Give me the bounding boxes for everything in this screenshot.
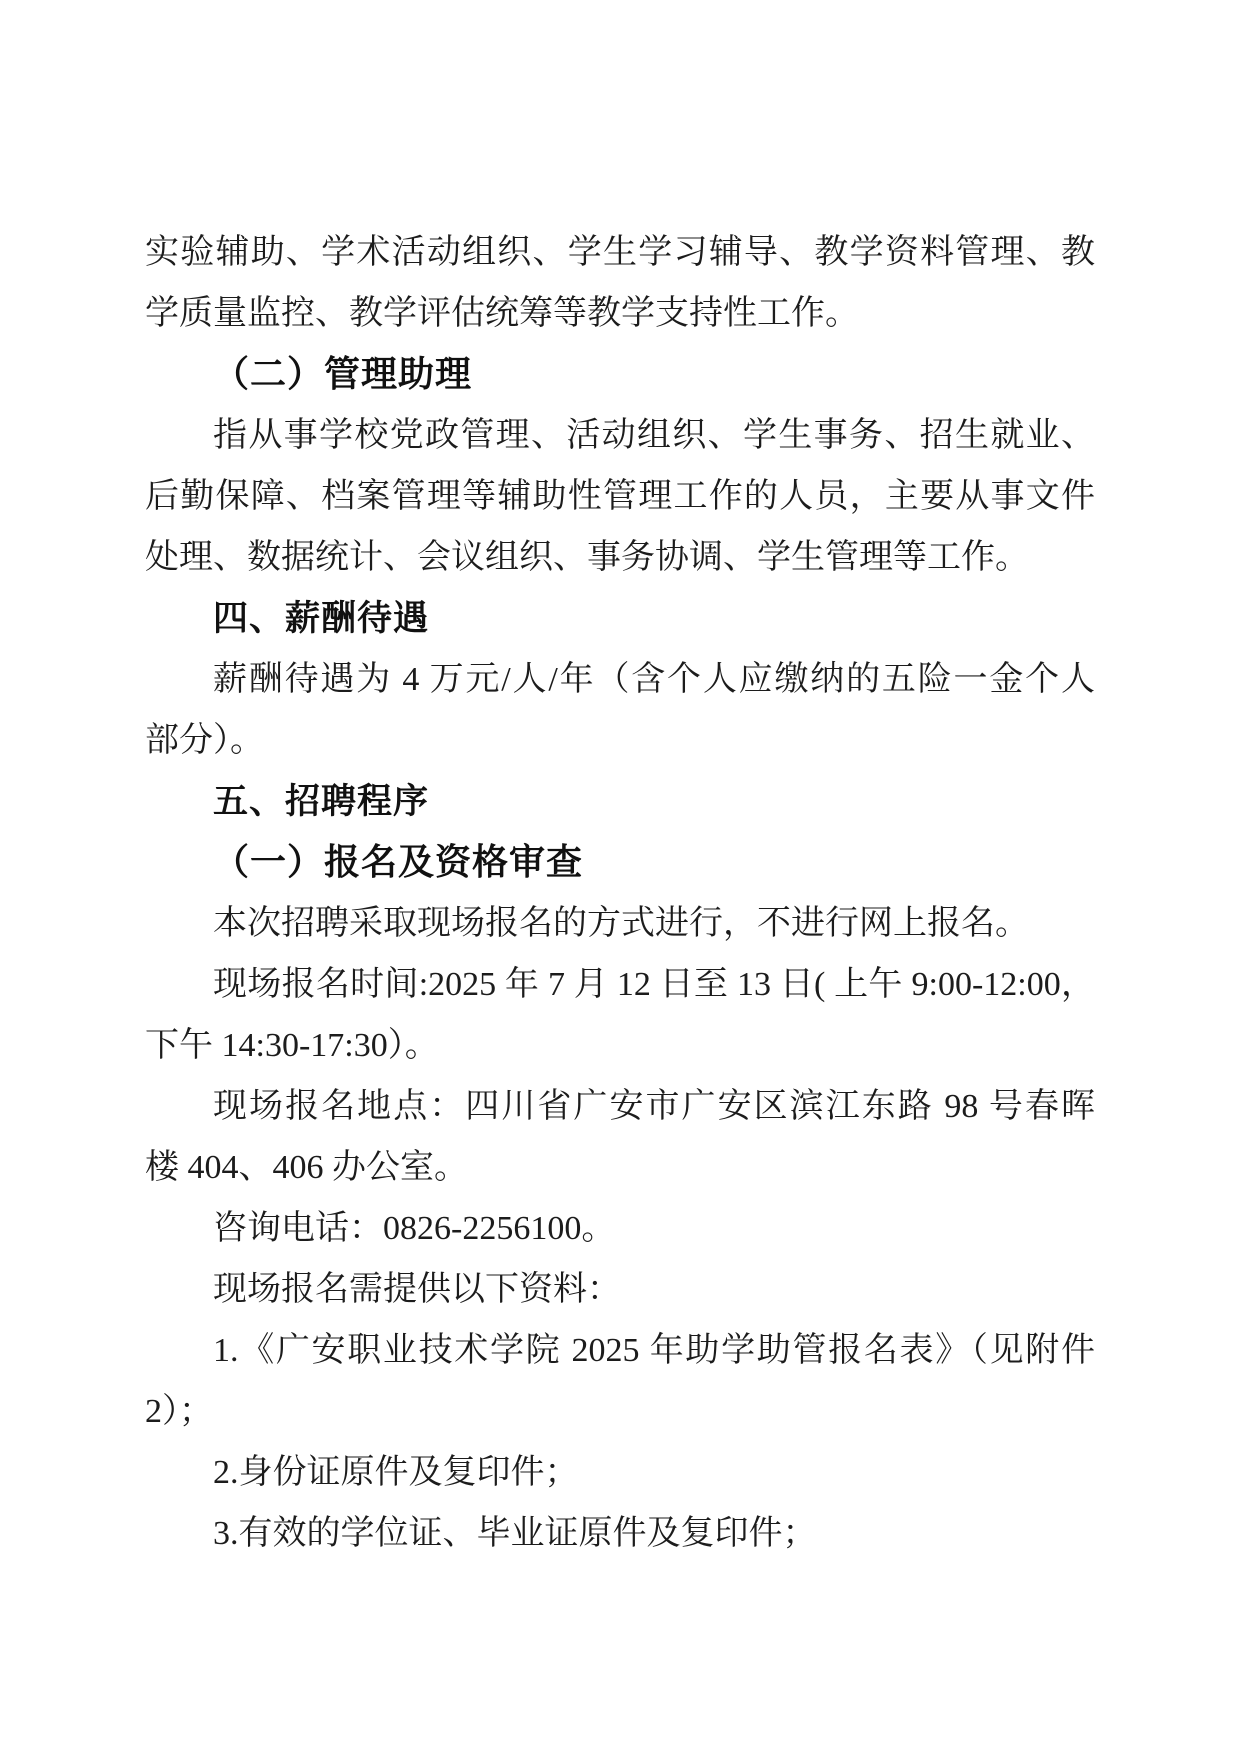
text-line: 部分）。 — [145, 710, 1095, 771]
text-line: 楼 404、406 办公室。 — [145, 1137, 1095, 1198]
text-line: 本次招聘采取现场报名的方式进行，不进行网上报名。 — [145, 893, 1095, 954]
text-line: 学质量监控、教学评估统筹等教学支持性工作。 — [145, 283, 1095, 344]
document-content: 实验辅助、学术活动组织、学生学习辅导、教学资料管理、教学质量监控、教学评估统筹等… — [145, 222, 1095, 1564]
text-line: 实验辅助、学术活动组织、学生学习辅导、教学资料管理、教 — [145, 222, 1095, 283]
text-line: 现场报名时间:2025 年 7 月 12 日至 13 日( 上午 9:00-12… — [145, 954, 1095, 1015]
section-heading: 五、招聘程序 — [145, 771, 1095, 832]
text-line: 指从事学校党政管理、活动组织、学生事务、招生就业、 — [145, 405, 1095, 466]
text-line: 3.有效的学位证、毕业证原件及复印件； — [145, 1503, 1095, 1564]
text-line: 2）； — [145, 1381, 1095, 1442]
text-line: 1.《广安职业技术学院 2025 年助学助管报名表》（见附件 — [145, 1320, 1095, 1381]
text-line: 后勤保障、档案管理等辅助性管理工作的人员，主要从事文件 — [145, 466, 1095, 527]
text-line: 现场报名需提供以下资料： — [145, 1259, 1095, 1320]
text-line: 2.身份证原件及复印件； — [145, 1442, 1095, 1503]
text-line: 薪酬待遇为 4 万元/人/年（含个人应缴纳的五险一金个人 — [145, 649, 1095, 710]
text-line: 下午 14:30-17:30）。 — [145, 1015, 1095, 1076]
document-page: 实验辅助、学术活动组织、学生学习辅导、教学资料管理、教学质量监控、教学评估统筹等… — [0, 0, 1240, 1753]
text-line: 咨询电话：0826-2256100。 — [145, 1198, 1095, 1259]
section-heading: （二）管理助理 — [145, 344, 1095, 405]
section-heading: 四、薪酬待遇 — [145, 588, 1095, 649]
text-line: 现场报名地点：四川省广安市广安区滨江东路 98 号春晖 — [145, 1076, 1095, 1137]
text-line: 处理、数据统计、会议组织、事务协调、学生管理等工作。 — [145, 527, 1095, 588]
section-heading: （一）报名及资格审查 — [145, 832, 1095, 893]
